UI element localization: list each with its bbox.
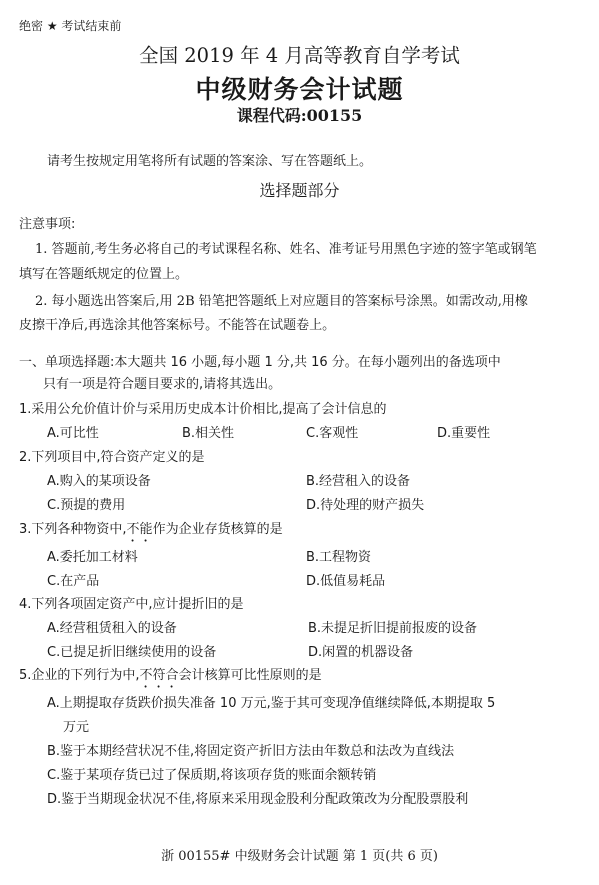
stem-emphasis: 不能 xyxy=(127,522,153,537)
stem-prefix: 3.下列各种物资中, xyxy=(19,522,127,537)
option-c: C.客观性 xyxy=(306,422,358,441)
option-d: D.闲置的机器设备 xyxy=(308,641,413,660)
section-title: 选择题部分 xyxy=(0,178,599,201)
option-b: B.工程物资 xyxy=(306,546,371,565)
confidential-label: 绝密 ★ 考试结束前 xyxy=(19,17,121,34)
option-a: A.经营租赁租入的设备 xyxy=(47,617,177,636)
option-d: D.重要性 xyxy=(437,422,490,441)
subject-title: 中级财务会计试题 xyxy=(0,70,599,106)
part-one-heading-line-1: 一、单项选择题:本大题共 16 小题,每小题 1 分,共 16 分。在每小题列出… xyxy=(19,351,501,370)
option-a-continued: 万元 xyxy=(63,716,89,735)
question-stem: 4.下列各项固定资产中,应计提折旧的是 xyxy=(19,593,244,612)
page-footer: 浙 00155# 中级财务会计试题 第 1 页(共 6 页) xyxy=(0,845,599,864)
option-b: B.经营租入的设备 xyxy=(306,470,410,489)
stem-suffix: 会计核算可比性原则的是 xyxy=(179,668,322,683)
stem-suffix: 作为企业存货核算的是 xyxy=(153,522,283,537)
option-b: B.相关性 xyxy=(182,422,234,441)
option-c: C.鉴于某项存货已过了保质期,将该项存货的账面余额转销 xyxy=(47,764,376,783)
option-c: C.预提的费用 xyxy=(47,494,125,513)
notes-heading: 注意事项: xyxy=(19,213,75,232)
option-a: A.上期提取存货跌价损失准备 10 万元,鉴于其可变现净值继续降低,本期提取 5 xyxy=(47,692,495,711)
question-stem: 1.采用公允价值计价与采用历史成本计价相比,提高了会计信息的 xyxy=(19,398,387,417)
note-1-line-2: 填写在答题纸规定的位置上。 xyxy=(19,263,188,282)
option-a: A.购入的某项设备 xyxy=(47,470,151,489)
option-d: D.低值易耗品 xyxy=(306,570,385,589)
option-b: B.鉴于本期经营状况不佳,将固定资产折旧方法由年数总和法改为直线法 xyxy=(47,740,454,759)
question-stem: 5.企业的下列行为中,不符合会计核算可比性原则的是 xyxy=(19,664,322,691)
question-stem: 3.下列各种物资中,不能作为企业存货核算的是 xyxy=(19,518,283,545)
instruction-text: 请考生按规定用笔将所有试题的答案涂、写在答题纸上。 xyxy=(47,150,372,169)
option-d: D.鉴于当期现金状况不佳,将原来采用现金股利分配政策改为分配股票股利 xyxy=(47,788,468,807)
question-stem: 2.下列项目中,符合资产定义的是 xyxy=(19,446,205,465)
note-2-line-1: 2. 每小题选出答案后,用 2B 铅笔把答题纸上对应题目的答案标号涂黑。如需改动… xyxy=(35,290,528,309)
option-c: C.在产品 xyxy=(47,570,99,589)
part-one-heading-line-2: 只有一项是符合题目要求的,请将其选出。 xyxy=(43,373,281,392)
option-a: A.委托加工材料 xyxy=(47,546,138,565)
note-2-line-2: 皮擦干净后,再选涂其他答案标号。不能答在试题卷上。 xyxy=(19,314,335,333)
stem-emphasis: 不符合 xyxy=(140,668,179,683)
option-d: D.待处理的财产损失 xyxy=(306,494,424,513)
option-b: B.未提足折旧提前报废的设备 xyxy=(308,617,477,636)
course-code: 课程代码:00155 xyxy=(0,103,599,126)
stem-prefix: 5.企业的下列行为中, xyxy=(19,668,140,683)
option-a: A.可比性 xyxy=(47,422,99,441)
exam-title: 全国 2019 年 4 月高等教育自学考试 xyxy=(0,40,599,68)
note-1-line-1: 1. 答题前,考生务必将自己的考试课程名称、姓名、准考证号用黑色字迹的签字笔或钢… xyxy=(35,238,537,257)
option-c: C.已提足折旧继续使用的设备 xyxy=(47,641,216,660)
